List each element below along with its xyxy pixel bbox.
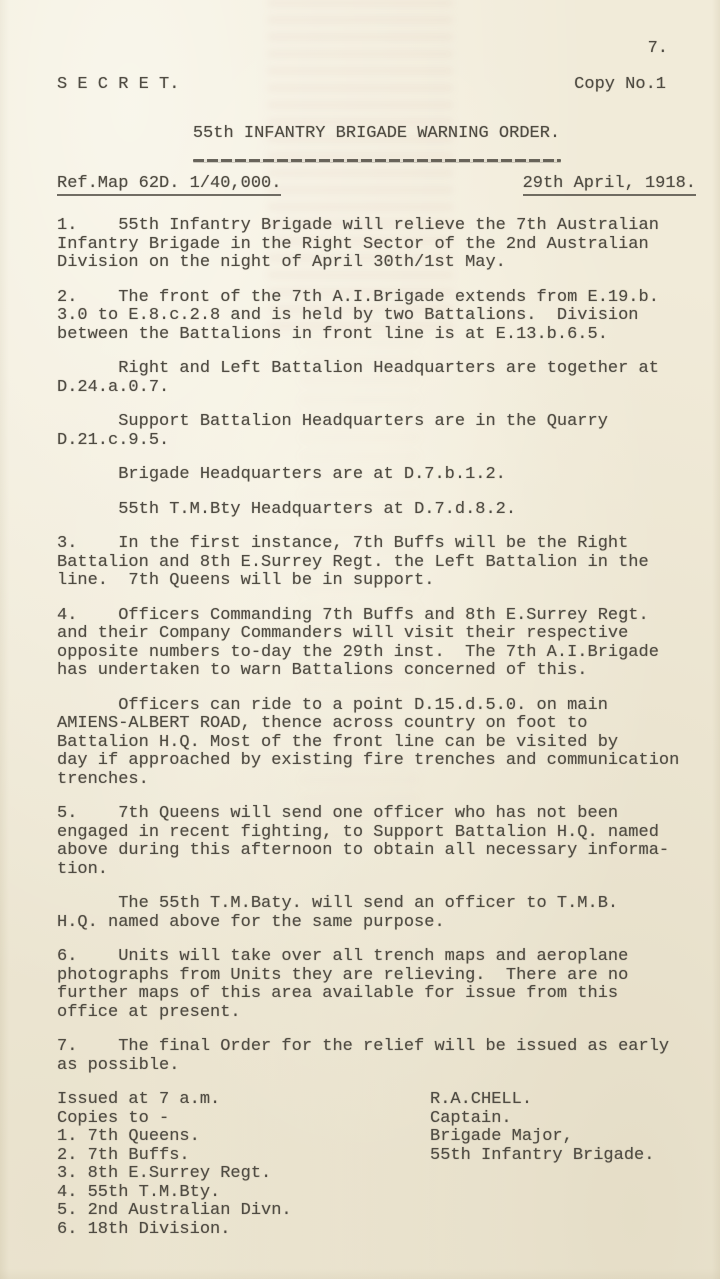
paragraph-6: 6. Units will take over all trench maps … <box>57 948 696 1022</box>
signatory: R.A.CHELL. Captain. Brigade Major, 55th … <box>430 1091 696 1239</box>
order-body: 1. 55th Infantry Brigade will relieve th… <box>57 217 696 1075</box>
paragraph-5: 5. 7th Queens will send one officer who … <box>57 805 696 879</box>
document-page: 7. S E C R E T. Copy No.1 55th INFANTRY … <box>0 0 720 1279</box>
distribution-list: Issued at 7 a.m. Copies to - 1. 7th Quee… <box>57 1091 430 1239</box>
paragraph-7: 7. The final Order for the relief will b… <box>57 1038 696 1075</box>
document-date: 29th April, 1918. <box>523 175 696 197</box>
subparagraph-support-hq: Support Battalion Headquarters are in th… <box>57 413 696 450</box>
paragraph-3: 3. In the first instance, 7th Buffs will… <box>57 535 696 591</box>
subparagraph-brigade-hq: Brigade Headquarters are at D.7.b.1.2. <box>57 466 696 485</box>
subparagraph-tm-battery: The 55th T.M.Baty. will send an officer … <box>57 895 696 932</box>
document-title: 55th INFANTRY BRIGADE WARNING ORDER. <box>57 125 696 144</box>
subparagraph-tmbty-hq: 55th T.M.Bty Headquarters at D.7.d.8.2. <box>57 501 696 520</box>
paragraph-1: 1. 55th Infantry Brigade will relieve th… <box>57 217 696 273</box>
signature-block: Issued at 7 a.m. Copies to - 1. 7th Quee… <box>57 1091 696 1239</box>
subparagraph-battalion-hq: Right and Left Battalion Headquarters ar… <box>57 360 696 397</box>
page-number: 7. <box>648 39 668 58</box>
document-content: 7. S E C R E T. Copy No.1 55th INFANTRY … <box>0 0 720 1239</box>
classification-label: S E C R E T. <box>57 76 179 95</box>
paragraph-4: 4. Officers Commanding 7th Buffs and 8th… <box>57 607 696 681</box>
map-reference: Ref.Map 62D. 1/40,000. <box>57 175 281 197</box>
copy-number: Copy No.1 <box>574 76 666 95</box>
subparagraph-officers-ride: Officers can ride to a point D.15.d.5.0.… <box>57 697 696 790</box>
title-rule <box>193 159 561 162</box>
paragraph-2: 2. The front of the 7th A.I.Brigade exte… <box>57 289 696 345</box>
